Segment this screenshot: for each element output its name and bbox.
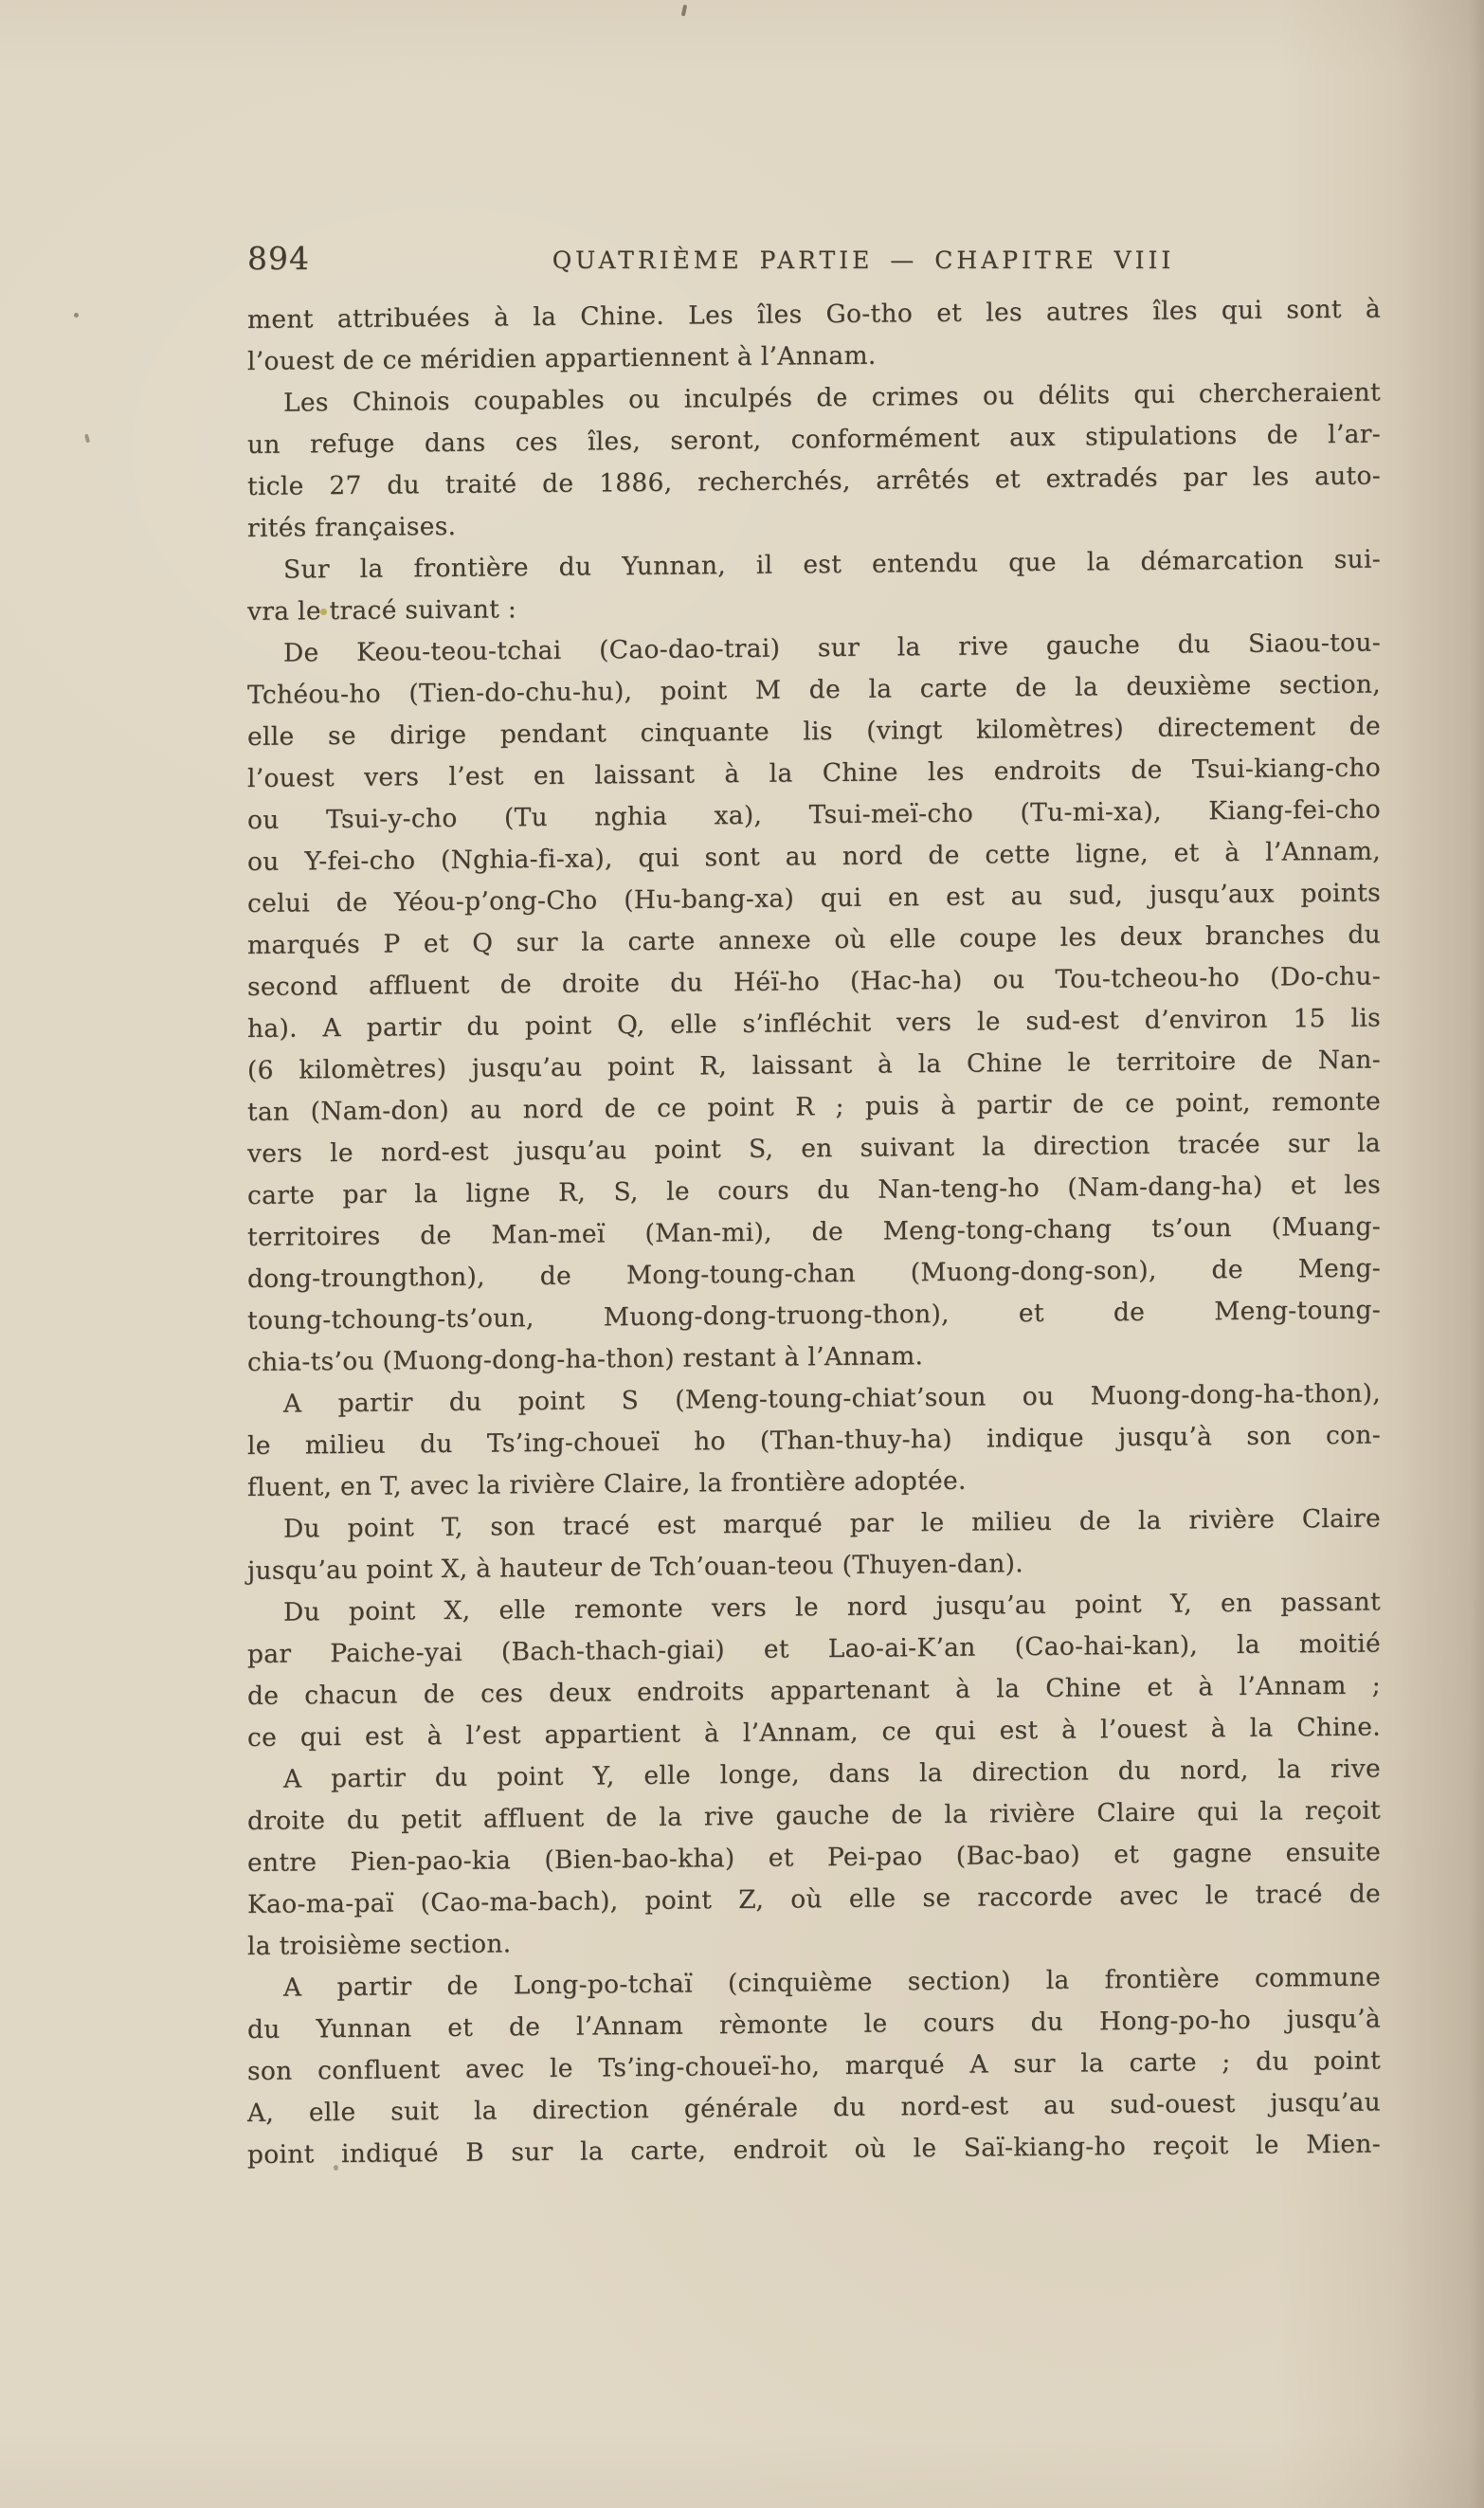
running-header-title: QUATRIÈME PARTIE — CHAPITRE VIII <box>342 248 1484 273</box>
scan-speck <box>84 434 90 444</box>
scan-speck <box>681 5 687 17</box>
scan-speck <box>74 313 79 318</box>
page-number: 894 <box>247 245 310 273</box>
running-head: 894 QUATRIÈME PARTIE — CHAPITRE VIII <box>247 245 1381 279</box>
body-text: ment attribuées à la Chine. Les îles Go-… <box>247 289 1381 2176</box>
